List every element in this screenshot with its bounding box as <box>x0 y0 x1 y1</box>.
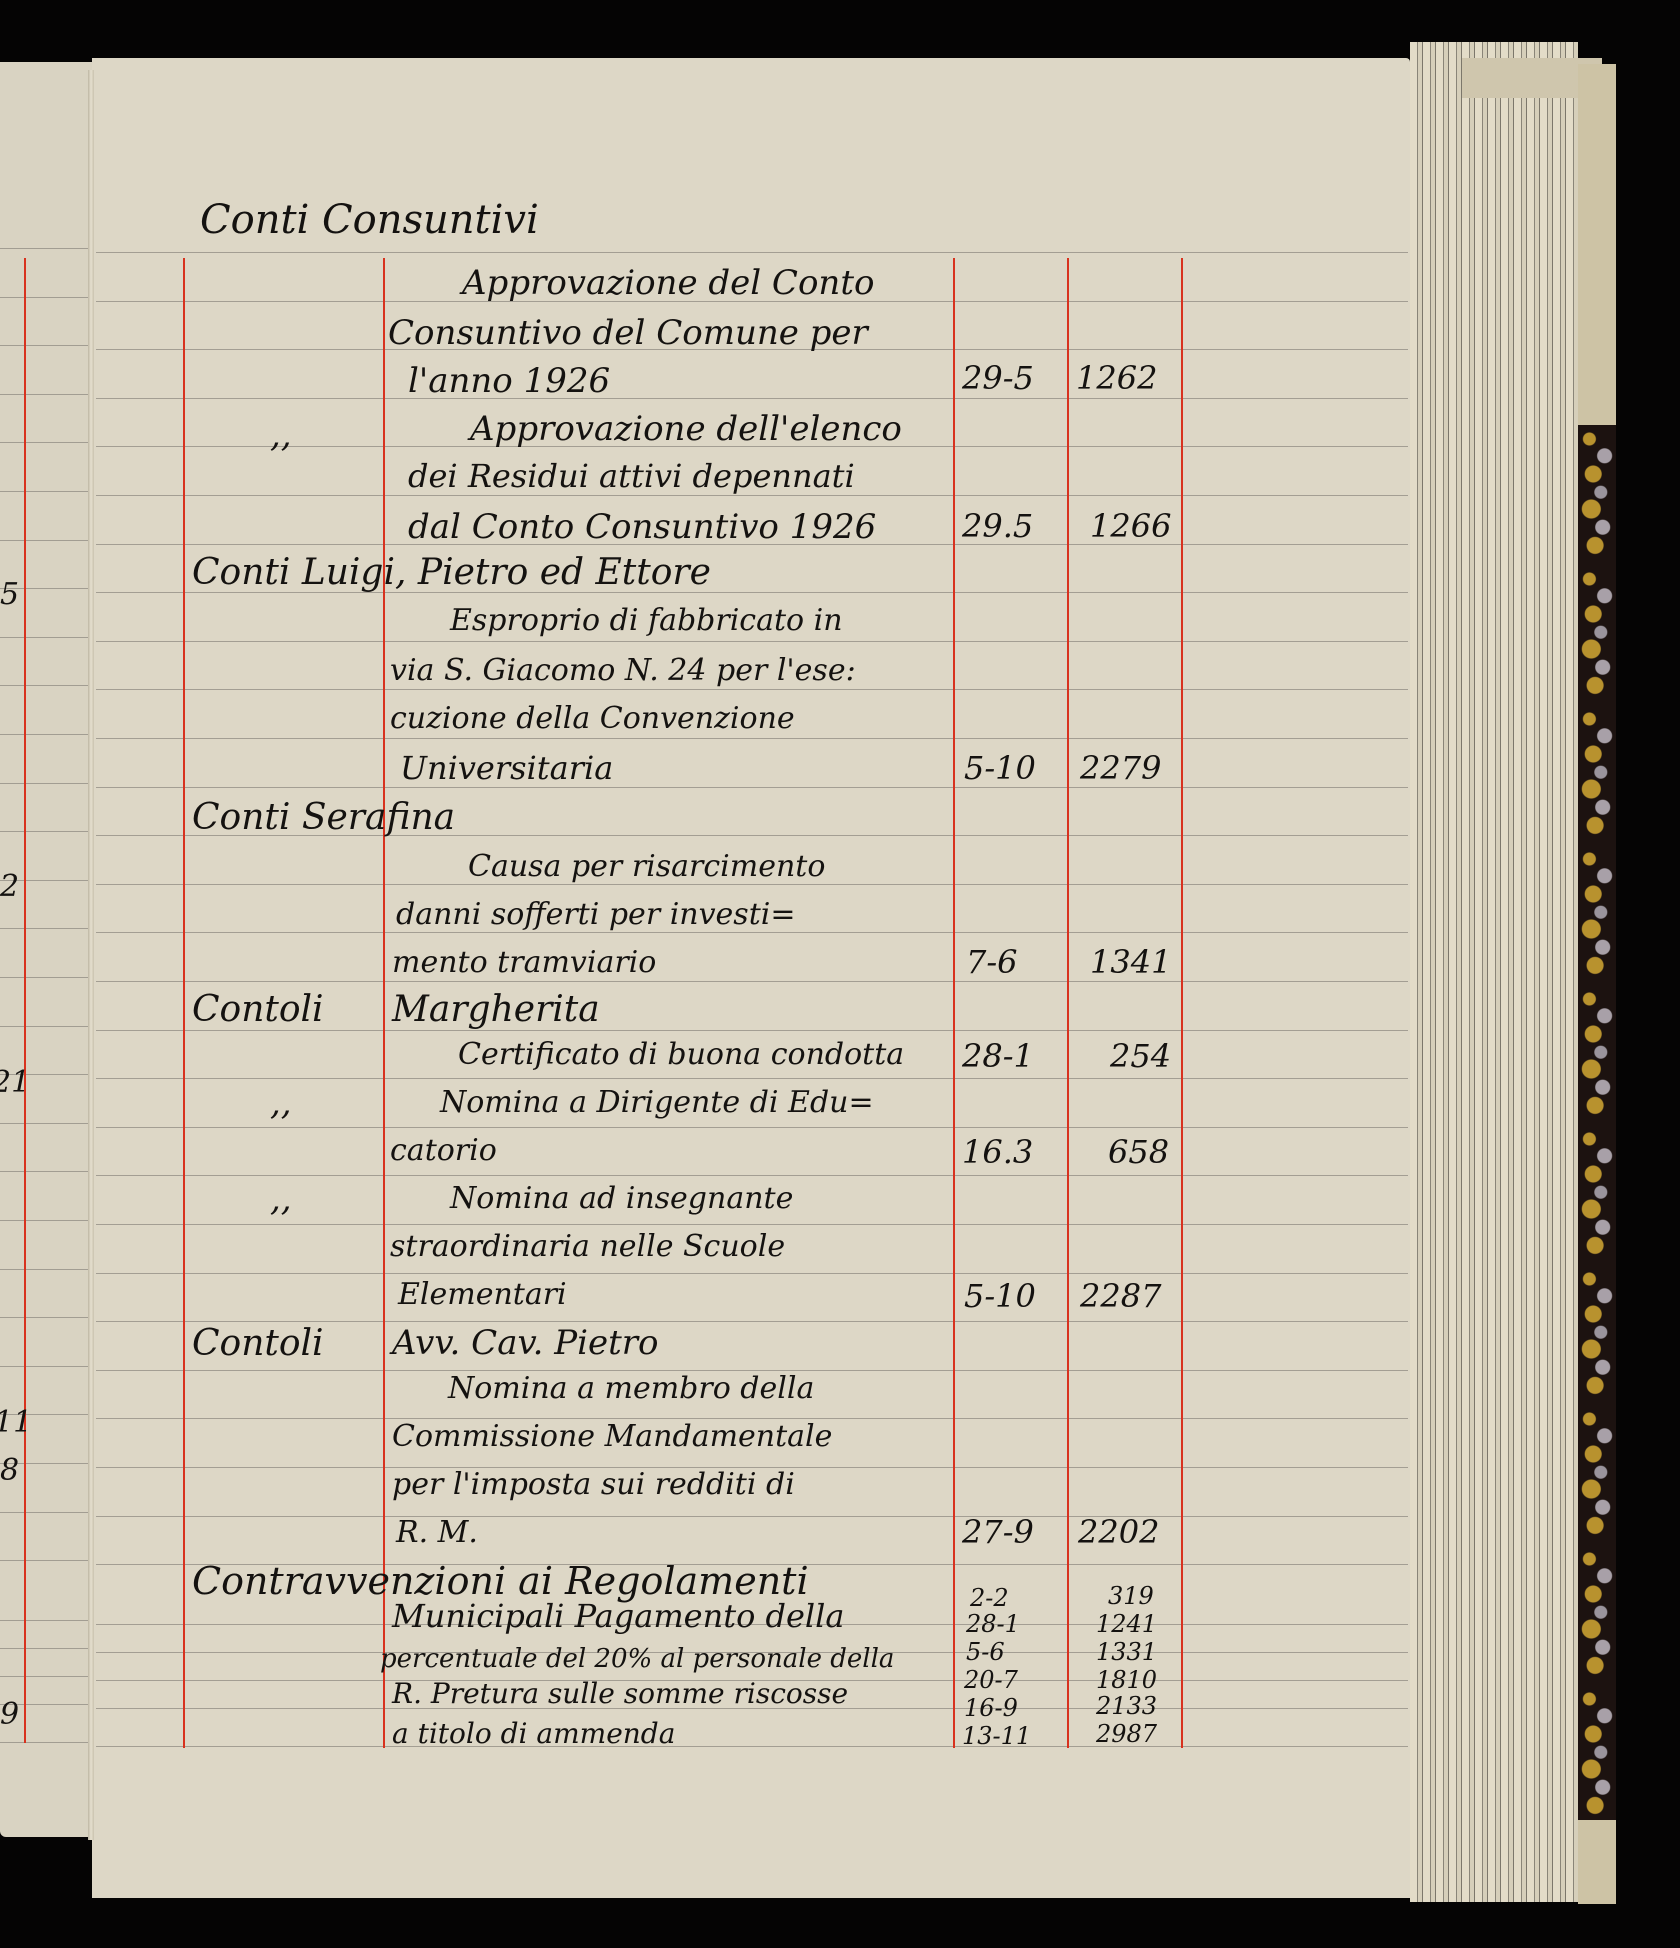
entry-subject-line: catorio <box>390 1136 497 1166</box>
ruled-line <box>0 1512 88 1513</box>
entry-subject-line: Nomina a membro della <box>448 1374 814 1404</box>
ruled-line <box>0 1171 88 1172</box>
entry-subject-line: Nomina ad insegnante <box>450 1184 793 1214</box>
entry-name-given: Margherita <box>392 992 600 1028</box>
page-edges-stack <box>1410 42 1578 1902</box>
ruled-line <box>96 495 1408 496</box>
entry-number: 1241 <box>1096 1612 1157 1636</box>
ruled-line <box>0 248 88 249</box>
entry-number: 319 <box>1108 1584 1154 1608</box>
number-column-line <box>1067 258 1069 1748</box>
ruled-line <box>0 1123 88 1124</box>
entry-number: 1810 <box>1096 1668 1157 1692</box>
left-page <box>0 62 92 1837</box>
ditto-mark: ,, <box>270 1182 292 1216</box>
entry-name: Contoli <box>192 992 324 1028</box>
ruled-line <box>96 252 1408 253</box>
left-page-margin-line <box>24 258 26 1743</box>
entry-date: 27-9 <box>962 1516 1034 1548</box>
entry-number: 1331 <box>1096 1640 1157 1664</box>
entry-subject-line: Municipali Pagamento della <box>392 1600 844 1632</box>
entry-subject-line: R. Pretura sulle somme riscosse <box>392 1680 848 1708</box>
ruled-line <box>0 928 88 929</box>
ditto-mark: ,, <box>270 418 292 452</box>
ruled-line <box>96 1030 1408 1031</box>
entry-subject-line: dei Residui attivi depennati <box>408 460 855 492</box>
ruled-line <box>96 1516 1408 1517</box>
left-page-fragment: 5 <box>0 580 19 610</box>
entry-subject-line: cuzione della Convenzione <box>390 704 795 734</box>
left-page-fragment: 9 <box>0 1700 19 1730</box>
entry-date: 5-6 <box>966 1640 1005 1664</box>
ruled-line <box>0 637 88 638</box>
entry-subject-line: l'anno 1926 <box>408 364 610 398</box>
ruled-line <box>0 831 88 832</box>
entry-number: 2202 <box>1078 1516 1159 1548</box>
entry-subject-line: via S. Giacomo N. 24 per l'ese: <box>390 656 856 686</box>
ruled-line <box>0 1676 88 1677</box>
entry-number: 658 <box>1108 1136 1169 1168</box>
ruled-line <box>96 1127 1408 1128</box>
page-heading: Conti Consuntivi <box>200 200 539 240</box>
ruled-line <box>96 641 1408 642</box>
entry-name: Conti Luigi, Pietro ed Ettore <box>192 555 711 591</box>
entry-date: 28-1 <box>966 1612 1020 1636</box>
ruled-line <box>0 1317 88 1318</box>
entry-number: 2133 <box>1096 1694 1157 1718</box>
ruled-line <box>96 884 1408 885</box>
ruled-line <box>96 1321 1408 1322</box>
right-column-line <box>1181 258 1183 1748</box>
ruled-line <box>0 1026 88 1027</box>
entry-subject-line: percentuale del 20% al personale della <box>380 1646 894 1672</box>
ruled-line <box>96 981 1408 982</box>
ruled-line <box>0 734 88 735</box>
ruled-line <box>0 1220 88 1221</box>
marbled-cover-strip <box>1578 425 1616 1820</box>
entry-number: 1266 <box>1090 510 1171 542</box>
entry-subject-line: Nomina a Dirigente di Edu= <box>440 1088 874 1118</box>
entry-subject-line: Commissione Mandamentale <box>392 1422 832 1452</box>
ruled-line <box>96 398 1408 399</box>
entry-date: 20-7 <box>964 1668 1018 1692</box>
ruled-line <box>0 540 88 541</box>
ruled-line <box>0 394 88 395</box>
ruled-line <box>0 345 88 346</box>
entry-date: 5-10 <box>964 1280 1036 1312</box>
ditto-mark: ,, <box>270 1086 292 1120</box>
entry-subject-line: Approvazione dell'elenco <box>470 412 902 446</box>
entry-subject-line: Elementari <box>398 1280 567 1310</box>
entry-number: 2287 <box>1080 1280 1161 1312</box>
ruled-line <box>0 1620 88 1621</box>
book-gutter <box>88 70 94 1840</box>
ruled-line <box>0 1366 88 1367</box>
ruled-line <box>0 297 88 298</box>
ruled-line <box>96 1175 1408 1176</box>
ruled-line <box>96 1224 1408 1225</box>
ruled-line <box>0 685 88 686</box>
entry-subject-line: Esproprio di fabbricato in <box>450 606 843 636</box>
entry-date: 28-1 <box>962 1040 1034 1072</box>
entry-name: Contoli <box>192 1326 324 1362</box>
left-page-fragment: 2 <box>0 872 19 902</box>
entry-subject-line: Causa per risarcimento <box>468 852 825 882</box>
entry-subject-line: danni sofferti per investi= <box>396 900 796 930</box>
entry-subject-line: a titolo di ammenda <box>392 1720 675 1748</box>
ruled-line <box>96 738 1408 739</box>
ruled-line <box>0 442 88 443</box>
entry-date: 29-5 <box>962 362 1034 394</box>
entry-subject-line: R. M. <box>396 1518 478 1548</box>
entry-date: 5-10 <box>964 752 1036 784</box>
entry-subject-line: Universitaria <box>400 752 613 784</box>
entry-subject-line: straordinaria nelle Scuole <box>390 1232 785 1262</box>
ruled-line <box>96 932 1408 933</box>
ruled-line <box>0 491 88 492</box>
ruled-line <box>96 1746 1408 1747</box>
entry-date: 13-11 <box>962 1724 1031 1748</box>
ruled-line <box>0 977 88 978</box>
ruled-line <box>0 1269 88 1270</box>
entry-name: Contravvenzioni ai Regolamenti <box>192 1562 809 1600</box>
ruled-line <box>0 1742 88 1743</box>
left-page-fragment: 8 <box>0 1456 19 1486</box>
entry-name: Conti Serafina <box>192 800 455 836</box>
ruled-line <box>96 1078 1408 1079</box>
entry-subject-line: mento tramviario <box>392 948 656 978</box>
entry-subject-line: Approvazione del Conto <box>462 266 874 300</box>
left-page-fragment: 11 <box>0 1408 32 1438</box>
entry-date: 29.5 <box>962 510 1033 542</box>
entry-date: 16.3 <box>962 1136 1033 1168</box>
entry-name-given: Avv. Cav. Pietro <box>392 1326 659 1360</box>
entry-number: 1341 <box>1090 946 1171 978</box>
entry-subject-line: Certificato di buona condotta <box>458 1040 904 1070</box>
left-page-fragment: 21 <box>0 1068 30 1098</box>
entry-subject-line: dal Conto Consuntivo 1926 <box>408 510 876 544</box>
entry-subject-line: per l'imposta sui redditi di <box>392 1470 795 1500</box>
date-column-line <box>953 258 955 1748</box>
ruled-line <box>0 1648 88 1649</box>
entry-date: 2-2 <box>970 1586 1009 1610</box>
entry-number: 2279 <box>1080 752 1161 784</box>
ruled-line <box>0 783 88 784</box>
subject-column-line <box>383 258 385 1748</box>
ruled-line <box>96 787 1408 788</box>
entry-date: 16-9 <box>964 1696 1018 1720</box>
entry-number: 2987 <box>1096 1722 1157 1746</box>
entry-number: 1262 <box>1076 362 1157 394</box>
ruled-line <box>96 689 1408 690</box>
entry-date: 7-6 <box>966 946 1018 978</box>
name-column-line <box>183 258 185 1748</box>
entry-number: 254 <box>1110 1040 1171 1072</box>
entry-subject-line: Consuntivo del Comune per <box>388 316 868 350</box>
ruled-line <box>96 1273 1408 1274</box>
ruled-line <box>0 1560 88 1561</box>
